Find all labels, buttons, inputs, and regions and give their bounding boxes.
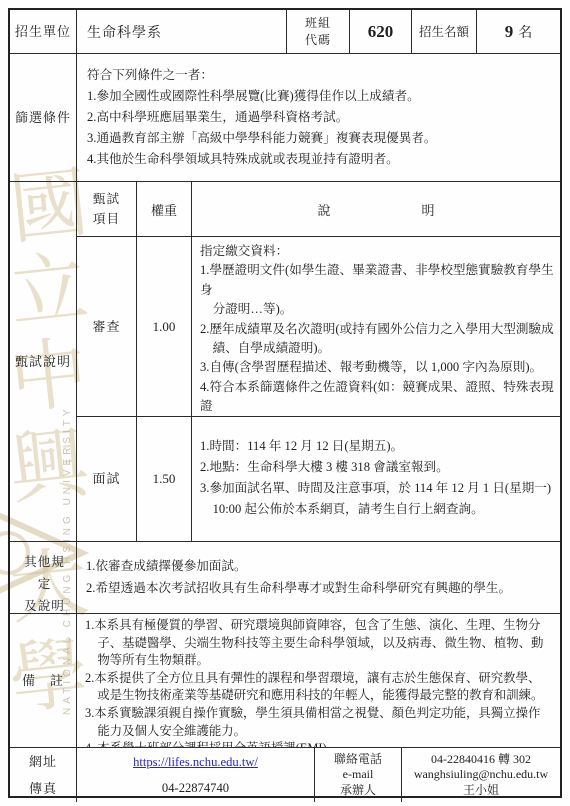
exam-inner-table: 甄試 項目 權重 說 明 審查 1.00 指定繳交資料： 1.學歷證明文件(如學… (77, 182, 560, 541)
exam-section-row: 甄試說明 甄試 項目 權重 說 明 審查 1.00 指定繳交資料： 1.學歷證明… (10, 182, 560, 542)
review-item-label: 審查 (77, 237, 137, 416)
footer-row: 網址 傳真 https://lifes.nchu.edu.tw/ 04-2287… (10, 748, 560, 802)
website-fax-values: https://lifes.nchu.edu.tw/ 04-22874740 (77, 748, 315, 802)
website-label: 網址 (29, 748, 57, 775)
notes-label: 備 註 (10, 614, 77, 747)
quota-label: 招生名額 (412, 10, 477, 53)
interview-item-label: 面試 (77, 417, 137, 541)
contact-values: 04-22840416 轉 302 wanghsiuling@nchu.edu.… (402, 748, 560, 802)
person-value: 王小姐 (402, 783, 560, 799)
review-description: 指定繳交資料： 1.學歷證明文件(如學生證、畢業證書、非學校型態實驗教育學生身 … (192, 237, 560, 416)
unit-label: 招生單位 (10, 10, 77, 53)
exam-header-row: 甄試 項目 權重 說 明 (77, 182, 560, 237)
screening-row: 篩選條件 符合下列條件之一者： 1.參加全國性或國際性科學展覽(比賽)獲得佳作以… (10, 54, 560, 182)
exam-item-column-header: 甄試 項目 (77, 182, 137, 236)
review-weight-value: 1.00 (137, 237, 192, 416)
interview-weight-value: 1.50 (137, 417, 192, 541)
email-value: wanghsiuling@nchu.edu.tw (402, 767, 560, 783)
notes-row: 備 註 1.本系具有極優質的學習、研究環境與師資陣容，包含了生態、演化、生理、生… (10, 614, 560, 748)
other-rules-content: 1.依審查成績擇優參加面試。 2.希望透過本次考試招收具有生命科學專才或對生命科… (77, 542, 560, 613)
class-code-value: 620 (350, 10, 412, 53)
unit-value: 生命科學系 (77, 10, 287, 53)
website-link[interactable]: https://lifes.nchu.edu.tw/ (133, 755, 258, 769)
exam-row-review: 審查 1.00 指定繳交資料： 1.學歷證明文件(如學生證、畢業證書、非學校型態… (77, 237, 560, 417)
admission-document-page: 國 立 中 興 大 學 NATIONAL CHUNG HSING UNIVERS… (0, 0, 570, 806)
exam-section-label: 甄試說明 (10, 182, 77, 541)
admission-table: 招生單位 生命科學系 班組 代碼 620 招生名額 9 名 篩選條件 符合下列條… (8, 8, 562, 798)
other-rules-row: 其他規定 及說明 1.依審查成績擇優參加面試。 2.希望透過本次考試招收具有生命… (10, 542, 560, 614)
email-label: e-mail (315, 767, 401, 783)
fax-label: 傳真 (29, 775, 57, 802)
notes-content: 1.本系具有極優質的學習、研究環境與師資陣容，包含了生態、演化、生理、生物分 子… (77, 614, 560, 747)
screening-content: 符合下列條件之一者： 1.參加全國性或國際性科學展覽(比賽)獲得佳作以上成績者。… (77, 54, 560, 181)
fax-value: 04-22874740 (77, 775, 314, 801)
screening-label: 篩選條件 (10, 54, 77, 181)
person-label: 承辦人 (315, 783, 401, 799)
interview-description: 1.時間：114 年 12 月 12 日(星期五)。 2.地點：生命科學大樓 3… (192, 417, 560, 541)
quota-unit: 名 (518, 22, 532, 42)
exam-row-interview: 面試 1.50 1.時間：114 年 12 月 12 日(星期五)。 2.地點：… (77, 417, 560, 541)
contact-labels: 聯絡電話 e-mail 承辦人 (315, 748, 402, 802)
exam-description-column-header: 說 明 (192, 182, 560, 236)
exam-weight-column-header: 權重 (137, 182, 192, 236)
phone-label: 聯絡電話 (315, 752, 401, 768)
quota-number: 9 (505, 22, 514, 42)
website-fax-labels: 網址 傳真 (10, 748, 77, 802)
class-code-label: 班組 代碼 (287, 10, 350, 53)
header-row: 招生單位 生命科學系 班組 代碼 620 招生名額 9 名 (10, 10, 560, 54)
other-rules-label: 其他規定 及說明 (10, 542, 77, 613)
phone-value: 04-22840416 轉 302 (402, 752, 560, 768)
quota-value: 9 名 (477, 10, 560, 53)
